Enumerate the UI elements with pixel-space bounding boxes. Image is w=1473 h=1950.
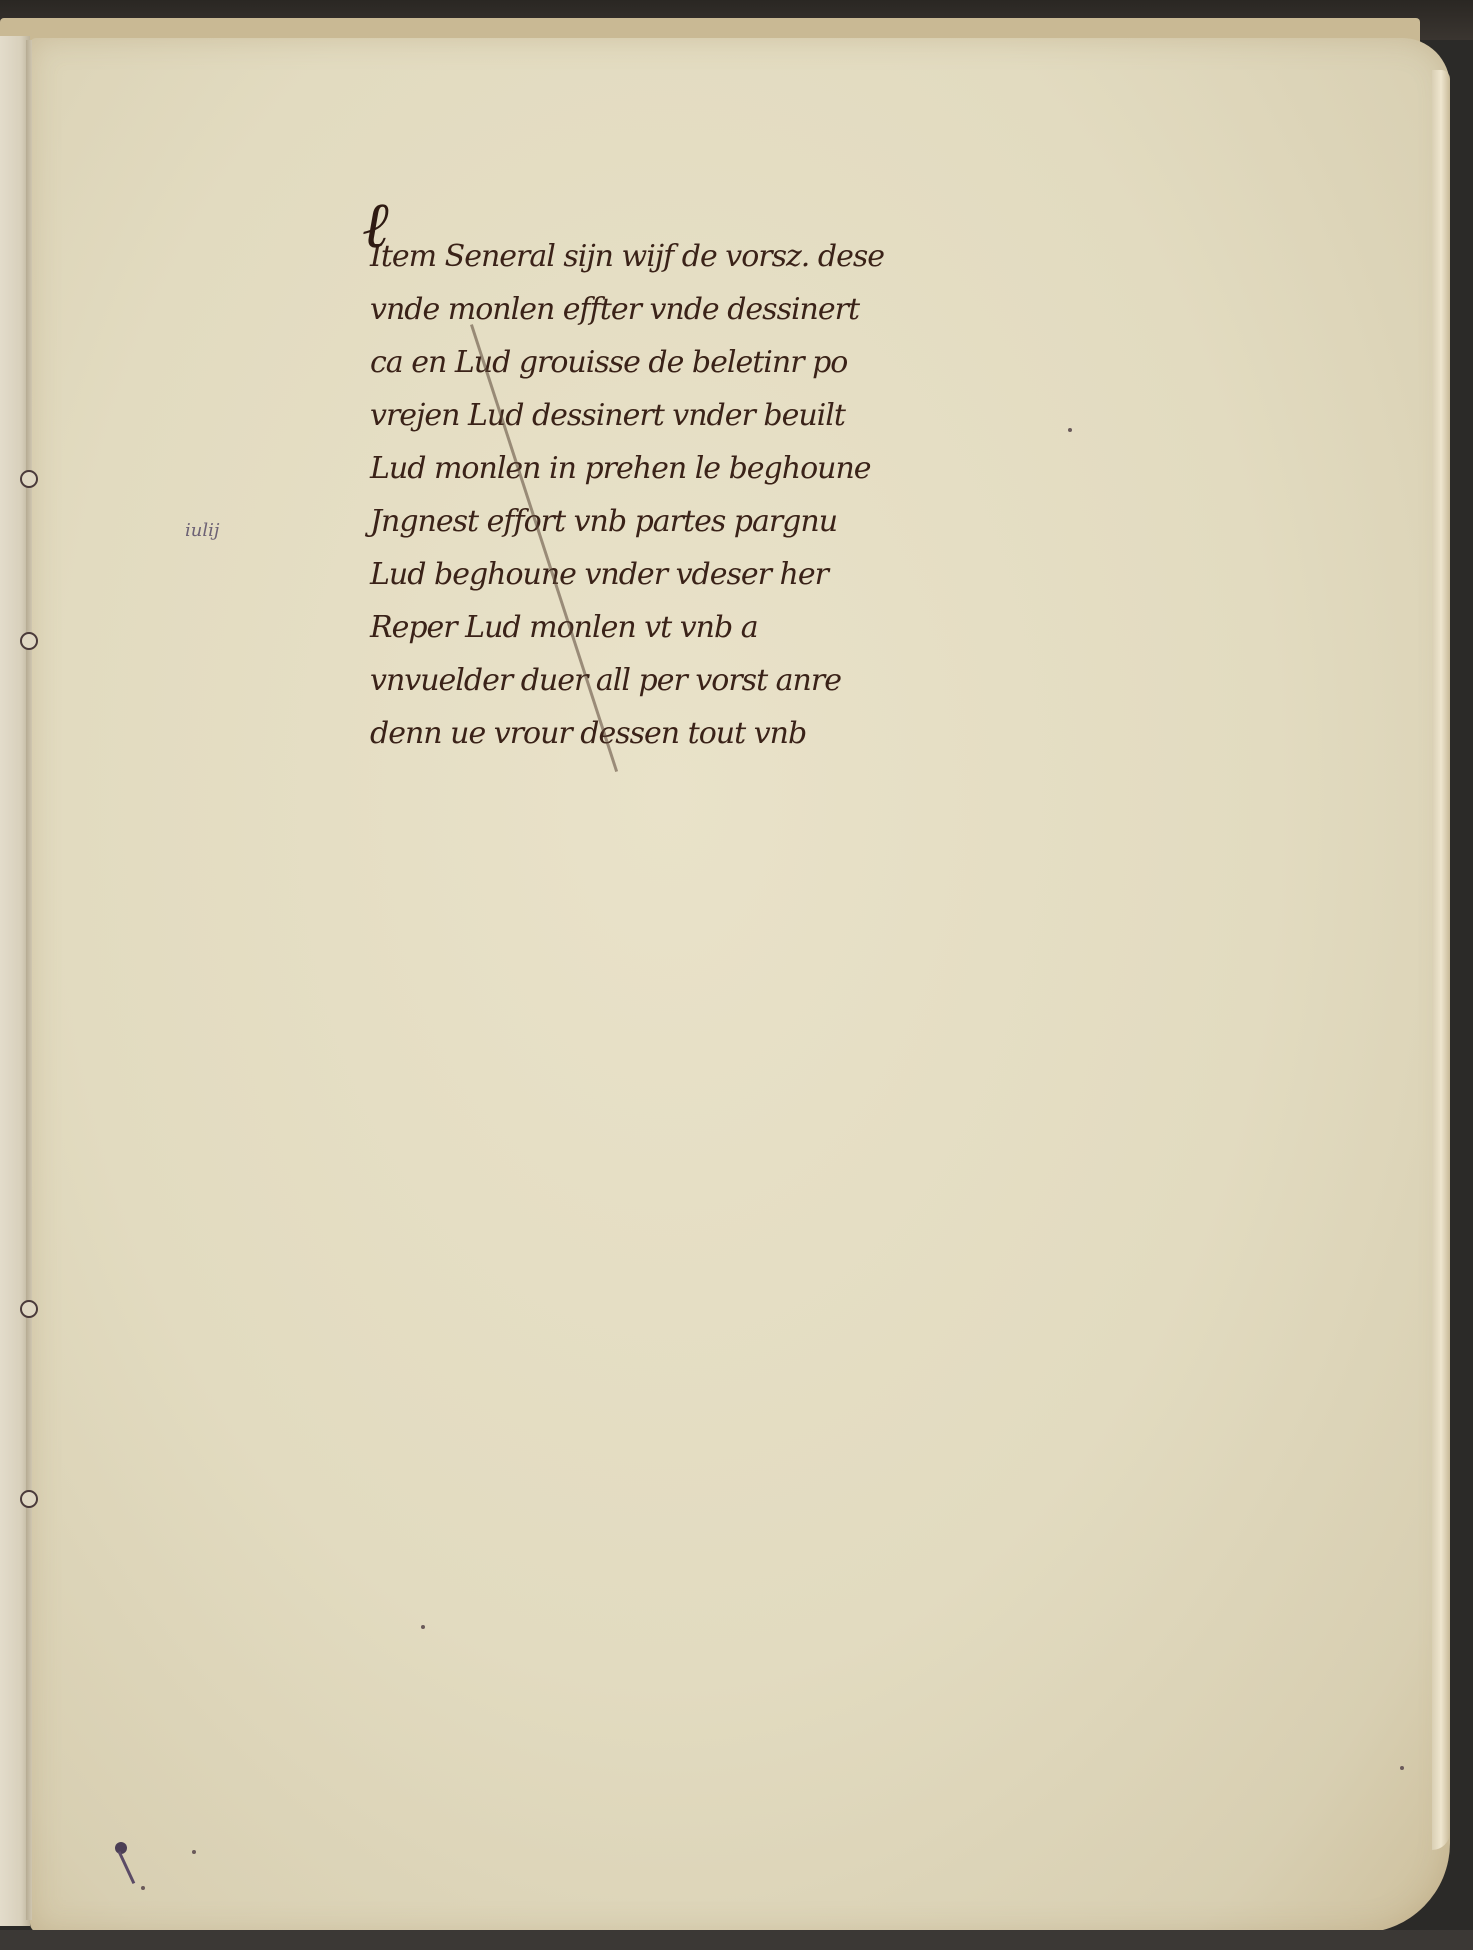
binding-gutter (26, 40, 32, 1920)
page-fore-edge (1432, 70, 1450, 1850)
text-line: vnde monlen effter vnde dessinert (370, 283, 1090, 336)
text-line: denn ue vrour dessen tout vnb (370, 707, 1090, 760)
binding-stitch-hole (20, 632, 38, 650)
binding-stitch-hole (20, 470, 38, 488)
text-line: Jngnest effort vnb partes pargnu (370, 495, 1090, 548)
text-line: Reper Lud monlen vt vnb a (370, 601, 1090, 654)
ink-speck (1400, 1766, 1404, 1770)
initial-letter: ℓ (362, 200, 388, 253)
text-line: vnvuelder duer all per vorst anre (370, 654, 1090, 707)
margin-note: iulij (185, 520, 219, 541)
manuscript-text-block: ℓ Item Seneral sijn wijf de vorsz. dese … (370, 230, 1090, 760)
text-line: vrejen Lud dessinert vnder beuilt (370, 389, 1090, 442)
text-line: ℓ Item Seneral sijn wijf de vorsz. dese (370, 230, 1090, 283)
ink-speck (1068, 428, 1072, 432)
binding-stitch-hole (20, 1300, 38, 1318)
text-line: Lud monlen in prehen le beghoune (370, 442, 1090, 495)
binding-stitch-hole (20, 1490, 38, 1508)
ink-speck (192, 1850, 196, 1854)
text-line: Lud beghoune vnder vdeser her (370, 548, 1090, 601)
ink-speck (421, 1625, 425, 1629)
ink-speck (141, 1886, 145, 1890)
dark-background-bottom (0, 1930, 1473, 1950)
